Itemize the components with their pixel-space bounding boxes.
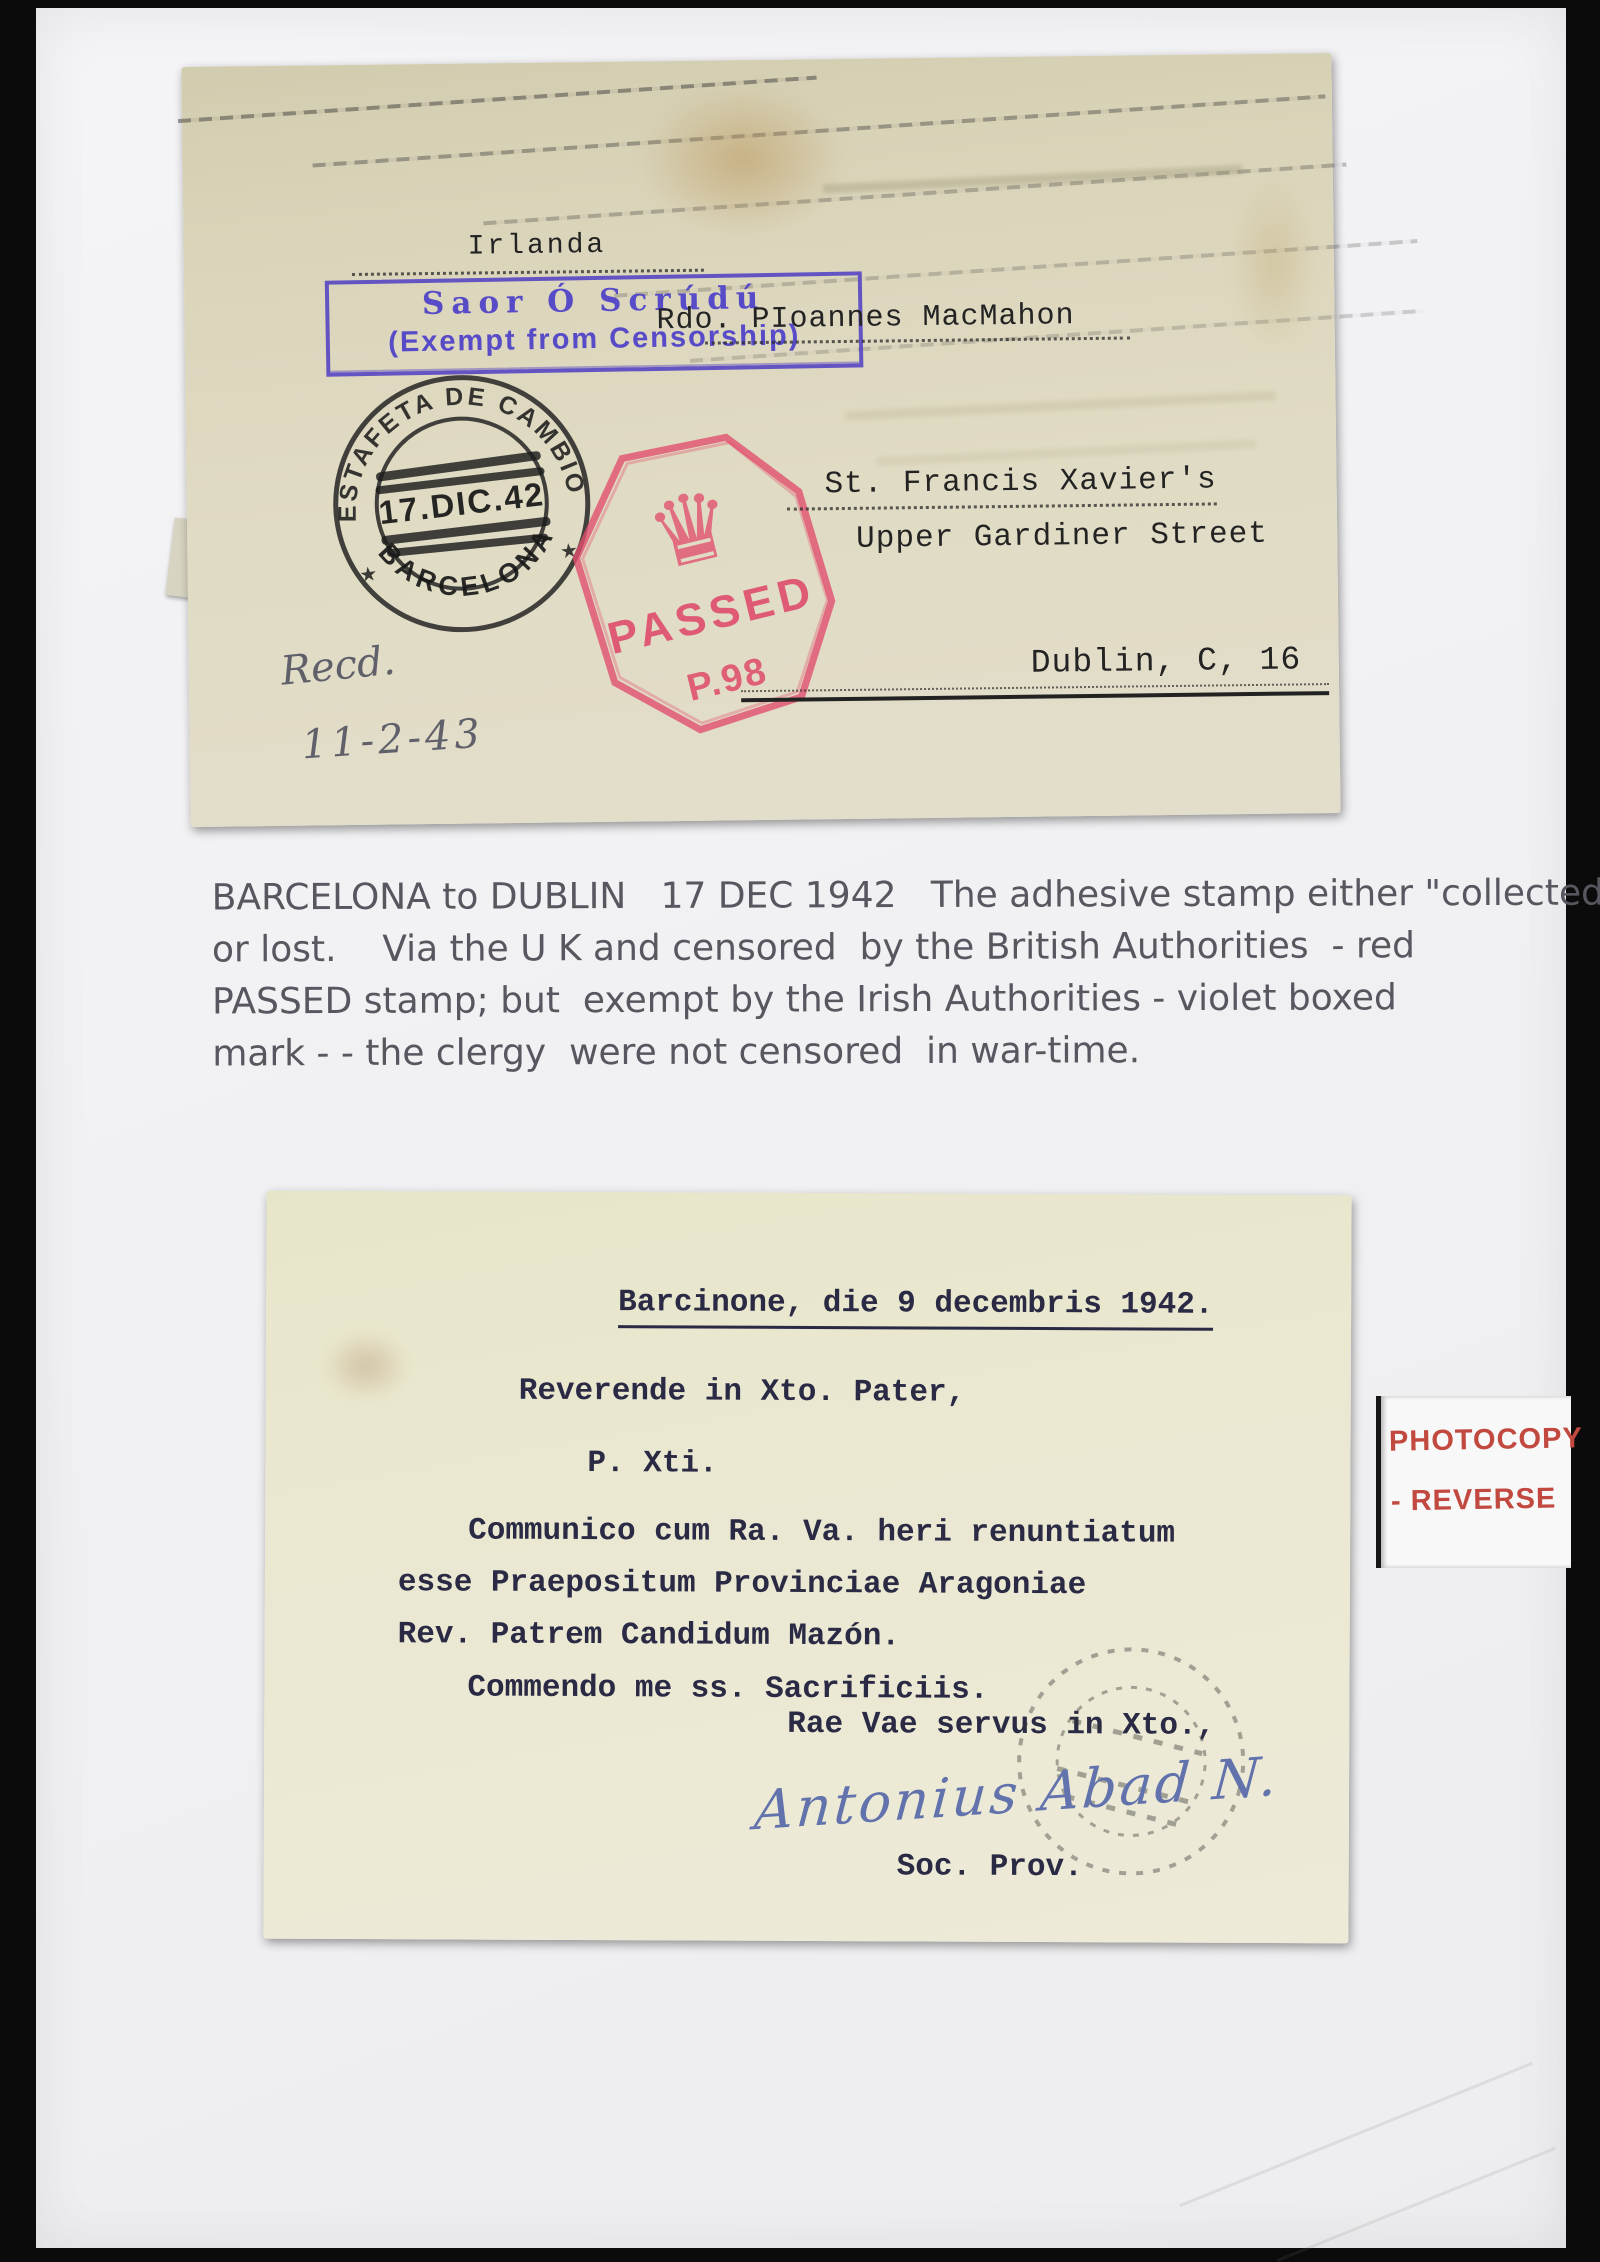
annotation-line-3: PASSED stamp; but exempt by the Irish Au…: [212, 972, 1600, 1029]
paper-stain: [321, 1331, 411, 1401]
label-line-2: - REVERSE: [1391, 1483, 1557, 1519]
collector-annotation: BARCELONA to DUBLIN 17 DEC 1942 The adhe…: [212, 868, 1600, 1081]
received-date: 11-2-43: [300, 711, 485, 769]
annotation-line-4: mark - - the clergy were not censored in…: [212, 1024, 1600, 1081]
ghost-text-smear: [823, 165, 1243, 194]
destination-country: Irlanda: [467, 230, 606, 263]
scanned-album-page: Irlanda Saor Ó Scrúdú (Exempt from Censo…: [0, 0, 1600, 2262]
postmark-star-left-icon: ★: [358, 563, 378, 587]
salutation: Reverende in Xto. Pater,: [519, 1374, 966, 1411]
paper-stain: [1228, 173, 1320, 354]
body-line-3: Rev. Patrem Candidum Mazón.: [398, 1617, 900, 1654]
received-note: Recd.: [279, 638, 398, 695]
paper-stain: [637, 81, 849, 239]
card-barcelona-dublin-cover: Irlanda Saor Ó Scrúdú (Exempt from Censo…: [181, 53, 1340, 827]
addressee-name: Rdo. PIoannes MacMahon: [656, 299, 1074, 338]
invocation: P. Xti.: [587, 1446, 717, 1482]
annotation-line-2: or lost. Via the U K and censored by the…: [212, 920, 1600, 977]
label-line-1: PHOTOCOPY: [1389, 1422, 1583, 1458]
body-line-1: Communico cum Ra. Va. heri renuntiatum: [468, 1514, 1175, 1552]
album-page: Irlanda Saor Ó Scrúdú (Exempt from Censo…: [36, 8, 1566, 2248]
closing-line: Commendo me ss. Sacrificiis.: [467, 1671, 988, 1708]
signoff: Soc. Prov.: [897, 1849, 1083, 1885]
scan-streak: [1276, 2147, 1555, 2262]
dotted-guide-line: [787, 502, 1217, 510]
british-passed-censor-stamp: ♛ PASSED P.98: [542, 406, 866, 759]
ghost-text-smear: [846, 391, 1276, 420]
address-line-3: Dublin, C, 16: [1031, 641, 1302, 681]
address-line-1: St. Francis Xavier's: [824, 462, 1216, 502]
scan-streak: [1179, 2062, 1532, 2207]
dateline: Barcinone, die 9 decembris 1942.: [618, 1285, 1213, 1331]
address-line-2: Upper Gardiner Street: [856, 517, 1268, 557]
photocopy-reverse-label: PHOTOCOPY - REVERSE: [1376, 1396, 1571, 1568]
body-line-2: esse Praepositum Provinciae Aragoniae: [398, 1565, 1086, 1603]
annotation-line-1: BARCELONA to DUBLIN 17 DEC 1942 The adhe…: [212, 868, 1600, 925]
card-photocopy-reverse: Barcinone, die 9 decembris 1942. Reveren…: [263, 1191, 1351, 1944]
censor-crown-icon: ♛: [637, 469, 745, 592]
